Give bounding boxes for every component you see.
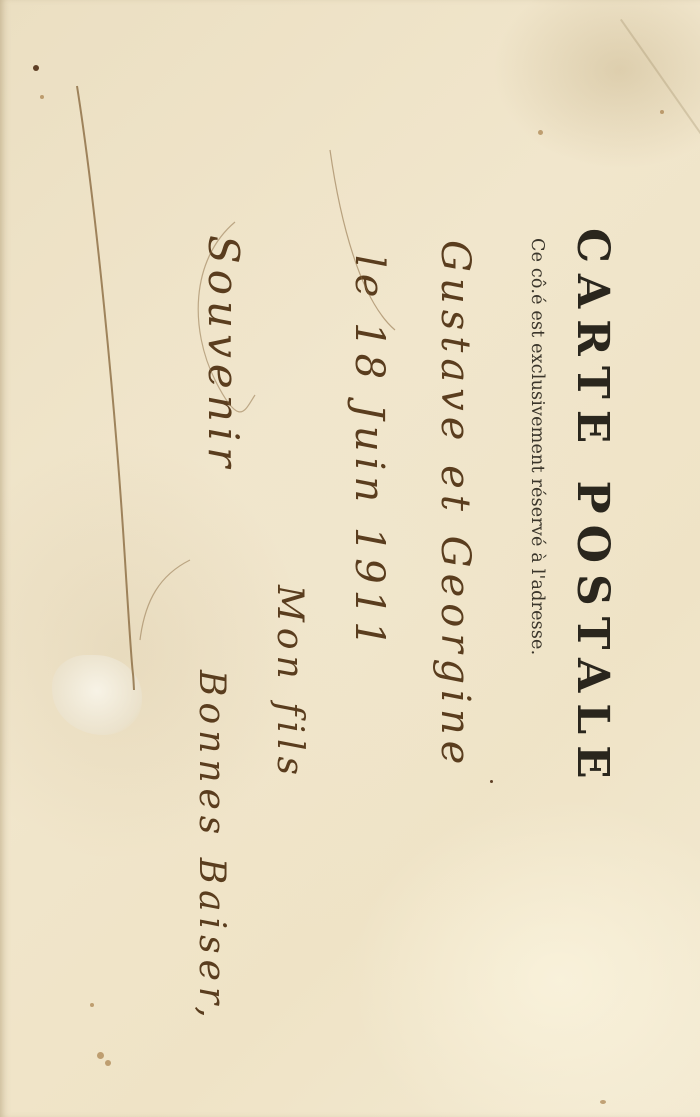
postcard-back: CARTE POSTALE Ce cô.é est exclusivement … (0, 0, 700, 1117)
pen-strokes (0, 0, 700, 1117)
